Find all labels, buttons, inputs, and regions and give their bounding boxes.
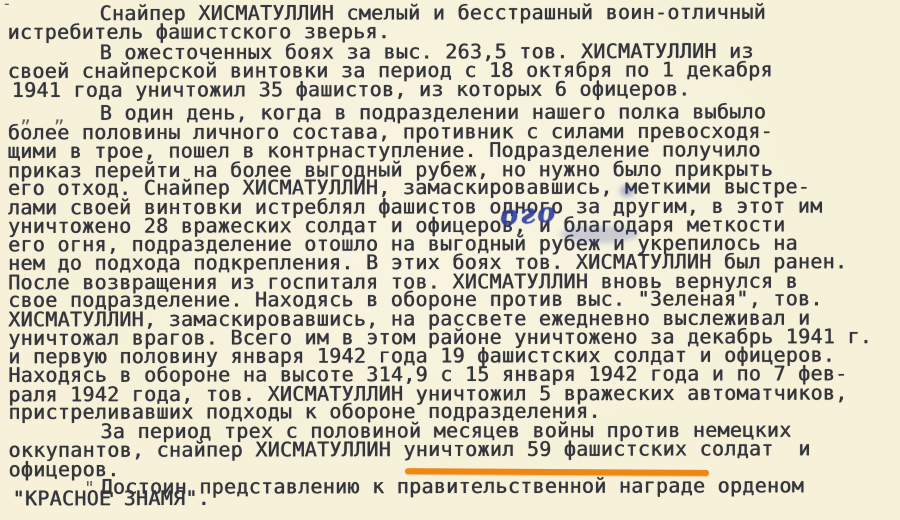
document-line: В ожесточенных боях за выс. 263,5 тов. Х… <box>8 42 896 63</box>
document-line: более половины личного состава, противни… <box>8 122 896 143</box>
document-line: раля 1942 года, тов. ХИСМАТУЛЛИН уничтож… <box>8 383 896 404</box>
document-line: лами своей винтовки истреблял фашистов о… <box>8 196 896 217</box>
document-text-block: Снайпер ХИСМАТУЛЛИН смелый и бесстрашный… <box>7 2 896 507</box>
document-line: приказ перейти на более выгодный рубеж, … <box>8 159 896 180</box>
document-line: его огня, подразделение отошло на выгодн… <box>8 234 896 255</box>
document-line: ХИСМАТУЛЛИН, замаскировавшись, на рассве… <box>8 308 896 329</box>
ink-smudge <box>560 226 638 243</box>
document-line: "КРАСНОЕ ЗНАМЯ". <box>8 487 896 508</box>
document-line: 1941 года уничтожил 35 фашистов, из кото… <box>12 79 900 100</box>
handwritten-ink-correction: ого <box>499 197 558 232</box>
scanned-document-page: Снайпер ХИСМАТУЛЛИН смелый и бесстрашный… <box>0 0 900 520</box>
document-line: После возвращения из госпиталя тов. ХИСМ… <box>8 271 896 292</box>
stray-typewriter-mark: - <box>2 0 18 13</box>
document-line: и первую половину января 1942 года 19 фа… <box>8 346 896 367</box>
stray-typewriter-mark: „ „ <box>20 106 71 127</box>
document-line: За период трех с половиной месяцев войны… <box>8 421 896 442</box>
ink-smudge <box>620 185 634 197</box>
stray-typewriter-mark: " <box>84 478 101 499</box>
document-line: Снайпер ХИСМАТУЛЛИН смелый и бесстрашный… <box>7 2 895 23</box>
